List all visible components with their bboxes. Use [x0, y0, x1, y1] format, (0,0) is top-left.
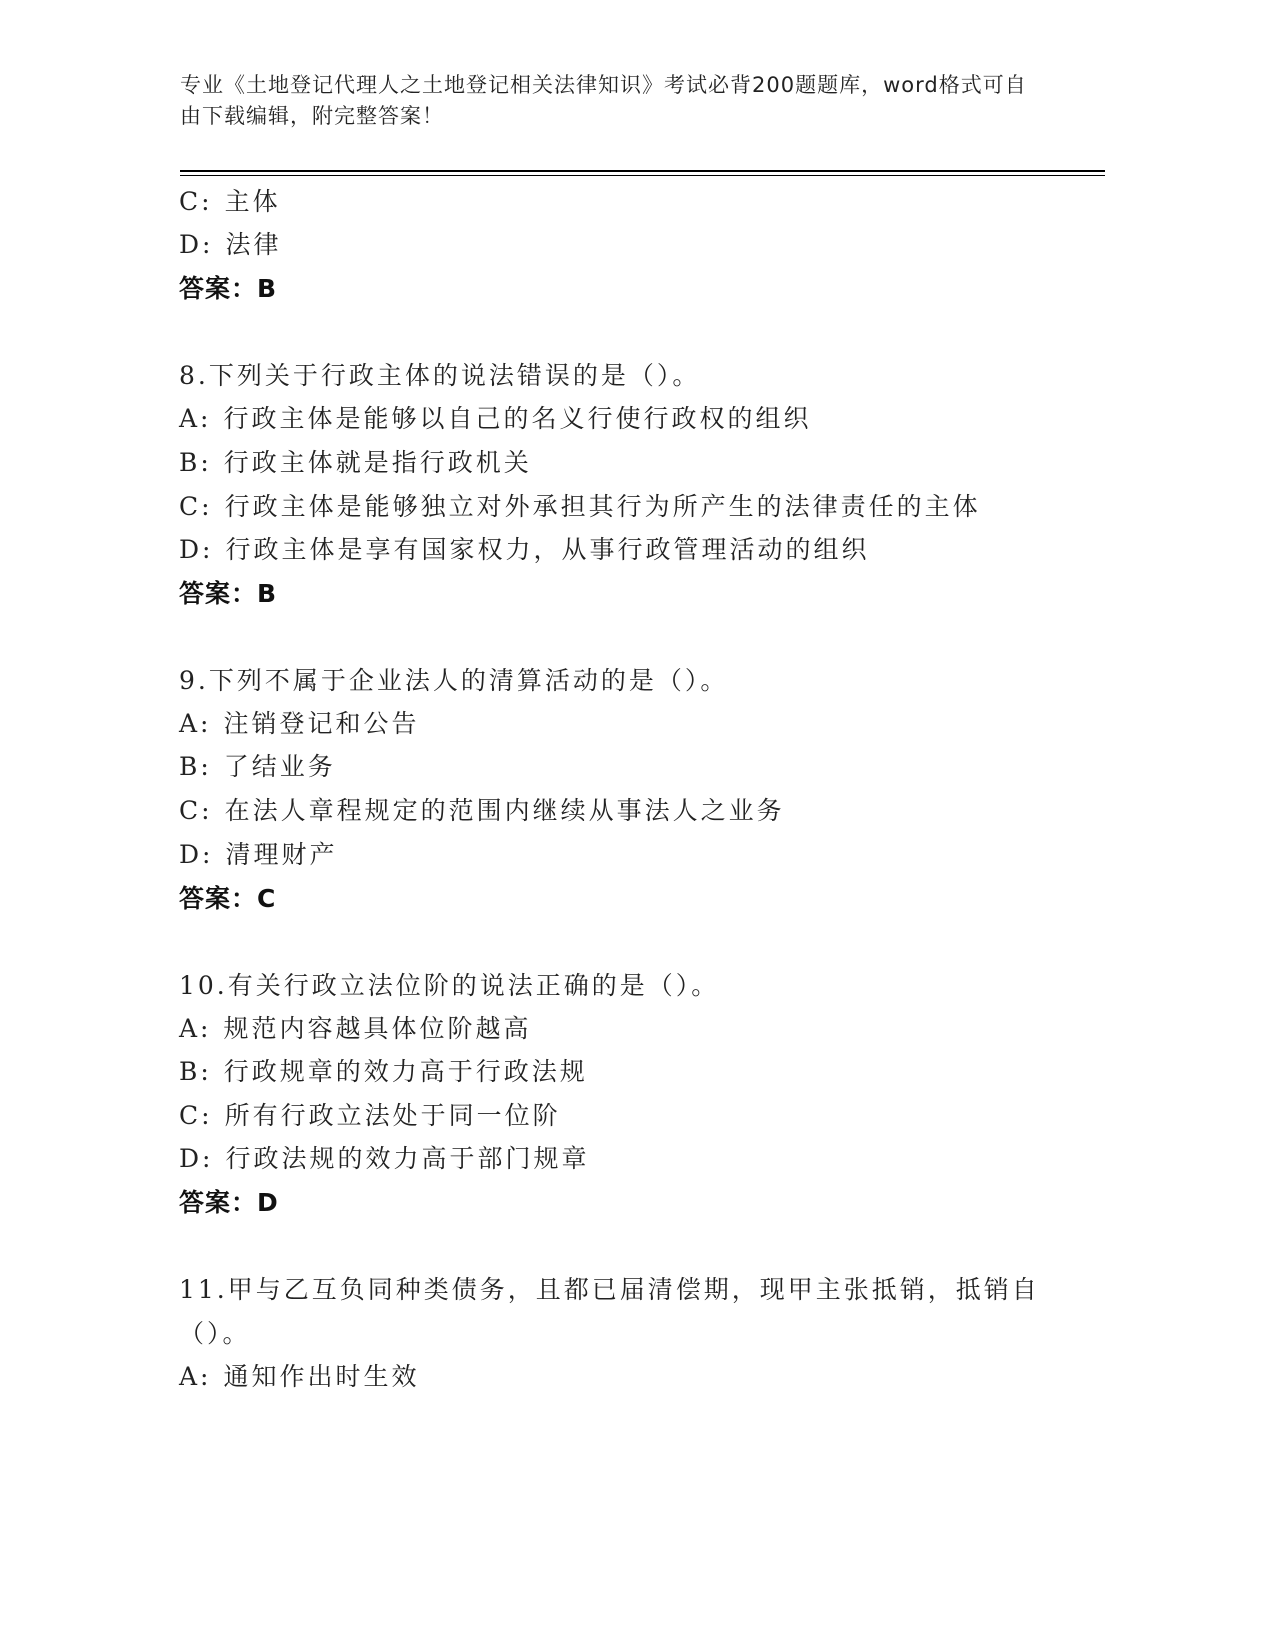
option-key: A:: [179, 1014, 211, 1043]
option-text: 行政规章的效力高于行政法规: [224, 1057, 588, 1086]
question-stem: 8.下列关于行政主体的说法错误的是（）。: [179, 361, 700, 391]
answer-line: 答案：D: [179, 1188, 279, 1218]
option-text: 行政主体是能够以自己的名义行使行政权的组织: [223, 404, 811, 433]
option-line: A:行政主体是能够以自己的名义行使行政权的组织: [179, 404, 812, 434]
option-line: D:法律: [179, 230, 281, 260]
option-line: A:通知作出时生效: [179, 1362, 420, 1392]
question-stem: 10.有关行政立法位阶的说法正确的是（）。: [179, 971, 719, 1001]
option-text: 通知作出时生效: [223, 1362, 419, 1391]
option-line: D:行政法规的效力高于部门规章: [179, 1144, 589, 1174]
option-text: 行政法规的效力高于部门规章: [225, 1144, 589, 1173]
option-key: C:: [179, 796, 213, 825]
option-key: B:: [179, 448, 212, 477]
option-text: 所有行政立法处于同一位阶: [225, 1101, 561, 1130]
answer-line: 答案：B: [179, 579, 277, 609]
option-line: D:清理财产: [179, 840, 337, 870]
option-text: 行政主体就是指行政机关: [224, 448, 532, 477]
option-text: 规范内容越具体位阶越高: [223, 1014, 531, 1043]
option-text: 了结业务: [224, 752, 336, 781]
document-header-title: 专业《土地登记代理人之土地登记相关法律知识》考试必背200题题库，word格式可…: [180, 70, 1040, 132]
option-key: A:: [179, 709, 211, 738]
option-key: C:: [179, 1101, 213, 1130]
option-key: B:: [179, 752, 212, 781]
document-page: 专业《土地登记代理人之土地登记相关法律知识》考试必背200题题库，word格式可…: [0, 0, 1275, 1650]
option-key: A:: [179, 1362, 211, 1391]
option-line: B:了结业务: [179, 752, 336, 782]
option-line: D:行政主体是享有国家权力，从事行政管理活动的组织: [179, 535, 869, 565]
option-text: 法律: [225, 230, 281, 259]
option-text: 行政主体是享有国家权力，从事行政管理活动的组织: [225, 535, 869, 564]
option-text: 在法人章程规定的范围内继续从事法人之业务: [225, 796, 785, 825]
option-line: B:行政主体就是指行政机关: [179, 448, 532, 478]
option-key: C:: [179, 492, 213, 521]
option-line: B:行政规章的效力高于行政法规: [179, 1057, 588, 1087]
question-stem: 11.甲与乙互负同种类债务，且都已届清偿期，现甲主张抵销，抵销自: [179, 1275, 1040, 1305]
option-key: B:: [179, 1057, 212, 1086]
option-text: 主体: [225, 187, 281, 216]
option-key: A:: [179, 404, 211, 433]
question-stem: 9.下列不属于企业法人的清算活动的是（）。: [179, 666, 728, 696]
option-key: D:: [179, 230, 213, 259]
option-key: D:: [179, 535, 213, 564]
option-text: 清理财产: [225, 840, 337, 869]
option-line: C:行政主体是能够独立对外承担其行为所产生的法律责任的主体: [179, 492, 981, 522]
option-line: A:规范内容越具体位阶越高: [179, 1014, 532, 1044]
option-line: A:注销登记和公告: [179, 709, 420, 739]
header-divider-thin: [180, 175, 1105, 176]
option-key: C:: [179, 187, 213, 216]
question-stem: （）。: [179, 1319, 251, 1349]
option-text: 注销登记和公告: [223, 709, 419, 738]
answer-line: 答案：C: [179, 884, 276, 914]
option-line: C:在法人章程规定的范围内继续从事法人之业务: [179, 796, 785, 826]
option-line: C:所有行政立法处于同一位阶: [179, 1101, 561, 1131]
option-text: 行政主体是能够独立对外承担其行为所产生的法律责任的主体: [225, 492, 981, 521]
option-line: C:主体: [179, 187, 281, 217]
option-key: D:: [179, 1144, 213, 1173]
answer-line: 答案：B: [179, 274, 277, 304]
header-divider-thick: [180, 170, 1105, 172]
option-key: D:: [179, 840, 213, 869]
